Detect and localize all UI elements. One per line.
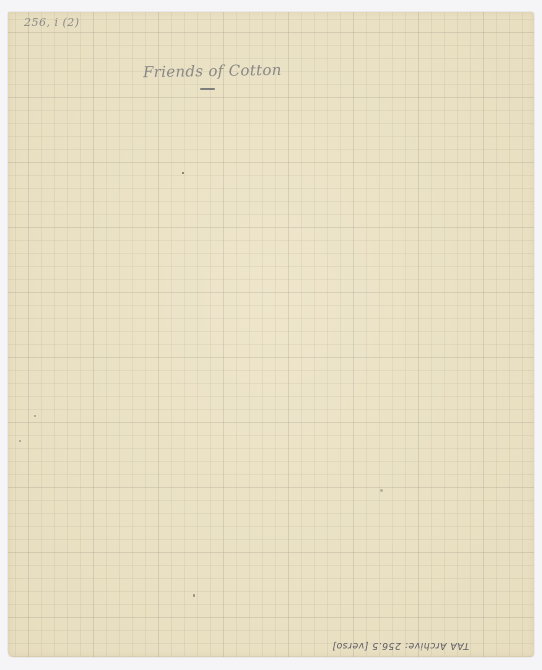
reference-annotation: 256, i (2) (24, 16, 80, 29)
archive-stamp: TAA Archive: 256.5 [verso] (332, 640, 469, 651)
title-underline-mark (200, 88, 215, 90)
scanned-page: 256, i (2) Friends of Cotton TAA Archive… (0, 0, 542, 670)
ink-speck (34, 415, 36, 417)
ink-speck (182, 172, 184, 174)
handwritten-title: Friends of Cotton (143, 61, 282, 81)
graph-paper-sheet (8, 12, 534, 657)
grid-area (20, 22, 524, 645)
ink-speck (19, 440, 21, 442)
ink-speck (193, 594, 195, 597)
ink-speck (380, 489, 383, 492)
